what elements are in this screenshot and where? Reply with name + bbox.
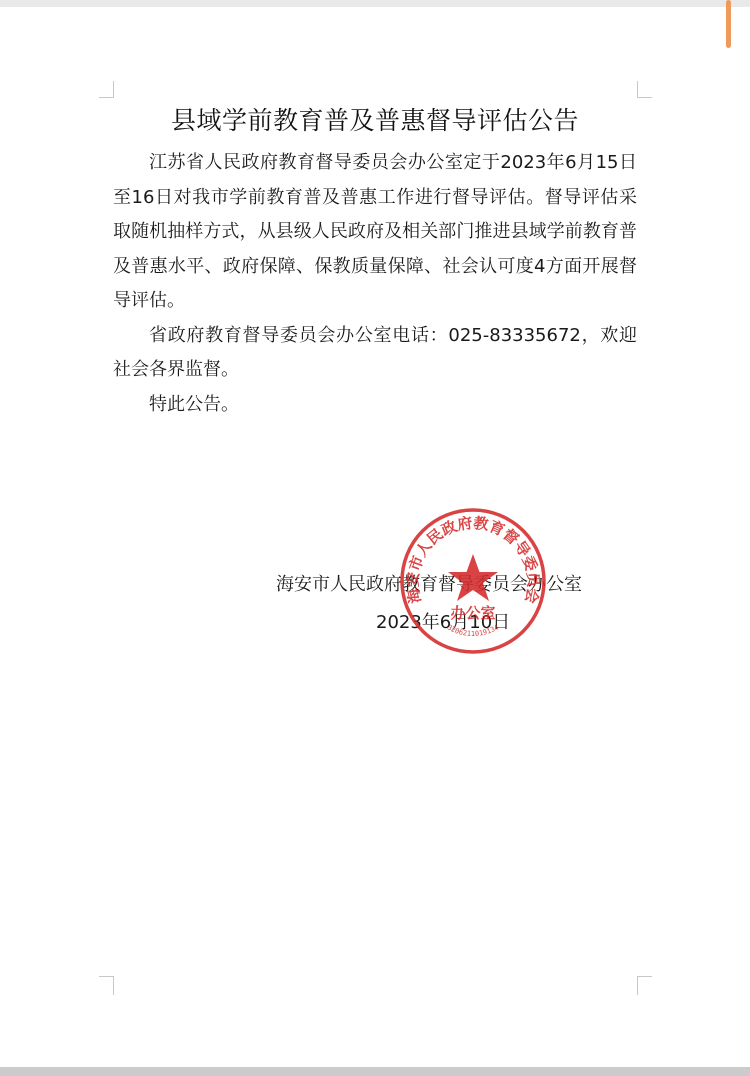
paragraph-contact: 省政府教育督导委员会办公室电话：025-83335672，欢迎社会各界监督。 xyxy=(113,319,637,388)
page-margin-corner-bottom-left xyxy=(99,976,114,995)
svg-text:办公室: 办公室 xyxy=(450,604,495,622)
top-bar xyxy=(0,0,750,7)
paragraph-announcement: 江苏省人民政府教育督导委员会办公室定于2023年6月15日至16日对我市学前教育… xyxy=(113,146,637,319)
page-margin-corner-bottom-right xyxy=(637,976,652,995)
official-seal-icon: 海安市人民政府教育督导委员会 办公室 3206211019134 xyxy=(398,506,548,656)
bottom-bar xyxy=(0,1067,750,1076)
document-body: 江苏省人民政府教育督导委员会办公室定于2023年6月15日至16日对我市学前教育… xyxy=(113,146,637,422)
page-margin-corner-top-right xyxy=(637,81,652,98)
page-margin-corner-top-left xyxy=(99,81,114,98)
paragraph-closing: 特此公告。 xyxy=(113,388,637,423)
document-title: 县域学前教育普及普惠督导评估公告 xyxy=(113,101,637,137)
svg-text:3206211019134: 3206211019134 xyxy=(446,623,500,638)
scroll-indicator[interactable] xyxy=(726,0,731,48)
